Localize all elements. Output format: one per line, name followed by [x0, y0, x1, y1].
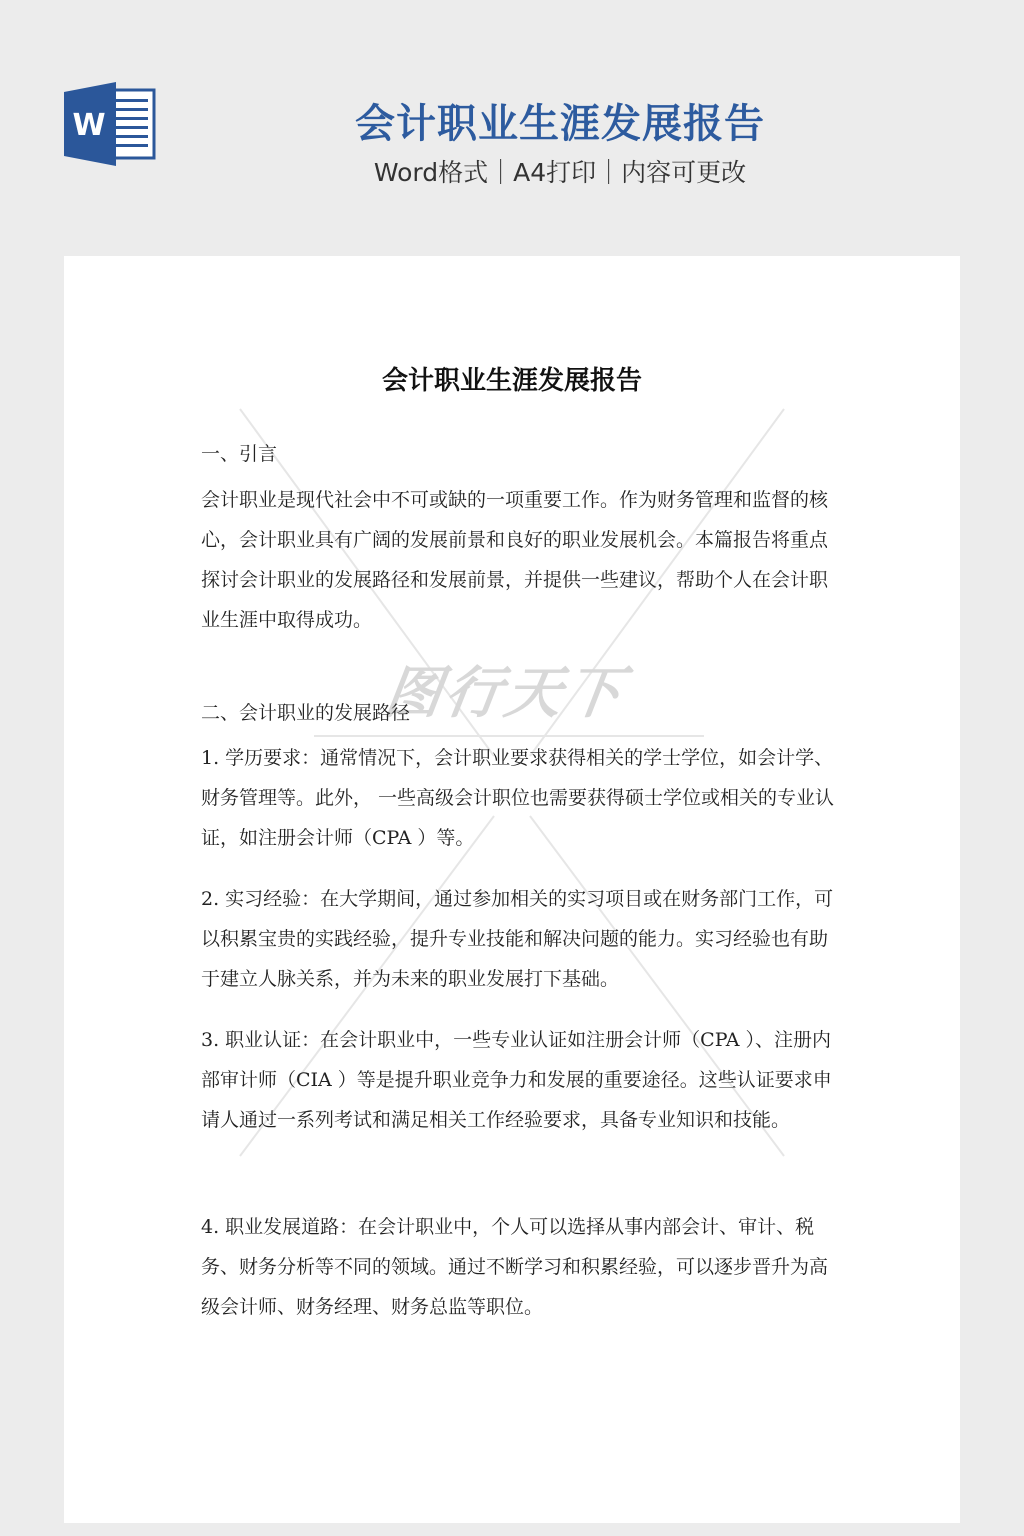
- svg-text:W: W: [72, 108, 105, 143]
- path-item-3: 3. 职业认证：在会计职业中，一些专业认证如注册会计师（CPA ）、注册内部审计…: [201, 1020, 841, 1140]
- section-heading-path: 二、会计职业的发展路径: [201, 698, 410, 725]
- banner-title: 会计职业生涯发展报告: [340, 92, 780, 149]
- banner: W 会计职业生涯发展报告 Word格式｜A4打印｜内容可更改: [0, 0, 1024, 256]
- banner-subtitle: Word格式｜A4打印｜内容可更改: [340, 153, 780, 189]
- intro-paragraph: 会计职业是现代社会中不可或缺的一项重要工作。作为财务管理和监督的核心，会计职业具…: [201, 480, 841, 640]
- section-heading-intro: 一、引言: [201, 439, 277, 466]
- path-item-1: 1. 学历要求：通常情况下，会计职业要求获得相关的学士学位，如会计学、财务管理等…: [201, 738, 841, 858]
- path-item-2: 2. 实习经验：在大学期间，通过参加相关的实习项目或在财务部门工作，可以积累宝贵…: [201, 879, 841, 999]
- watermark: 图行天下: [380, 649, 651, 729]
- document-page: 图行天下 会计职业生涯发展报告 一、引言 会计职业是现代社会中不可或缺的一项重要…: [64, 256, 960, 1523]
- path-item-4: 4. 职业发展道路：在会计职业中，个人可以选择从事内部会计、审计、税务、财务分析…: [201, 1207, 841, 1327]
- word-doc-icon: W: [64, 80, 156, 166]
- document-title: 会计职业生涯发展报告: [64, 360, 960, 397]
